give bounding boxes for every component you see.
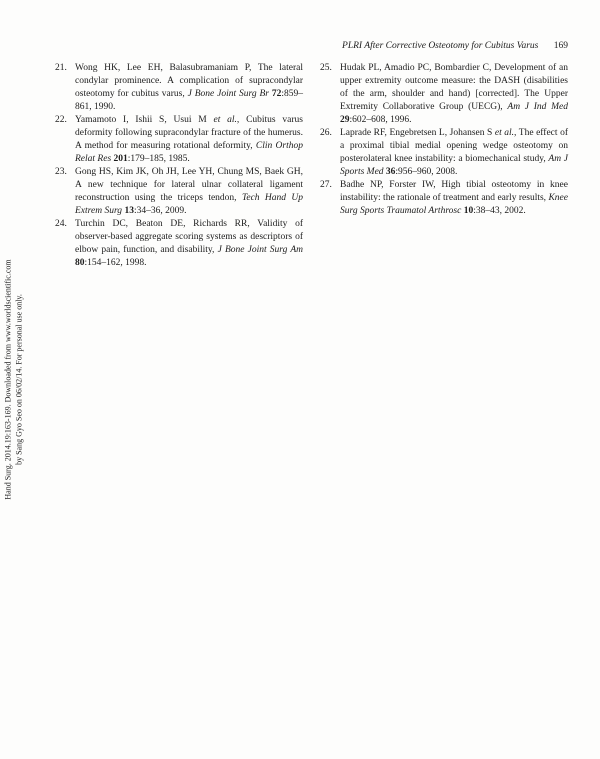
reference-text-segment: :179–185, 1985. — [128, 154, 190, 164]
reference-text-segment: 10 — [464, 206, 474, 216]
reference-number: 22. — [55, 114, 67, 127]
reference-text-segment: J Bone Joint Surg Am — [218, 245, 303, 255]
reference-number: 26. — [320, 127, 332, 140]
running-head-title: PLRI After Corrective Osteotomy for Cubi… — [342, 41, 538, 51]
reference-number: 25. — [320, 62, 332, 75]
reference-item: 26.Laprade RF, Engebretsen L, Johansen S… — [320, 127, 568, 179]
page-number: 169 — [554, 41, 568, 51]
reference-text-segment: Laprade RF, Engebretsen L, Johansen S — [340, 128, 495, 138]
reference-item: 23.Gong HS, Kim JK, Oh JH, Lee YH, Chung… — [55, 166, 303, 218]
reference-text-segment: :154–162, 1998. — [85, 258, 147, 268]
reference-text-segment: 80 — [75, 258, 85, 268]
reference-text-segment: 72 — [272, 89, 282, 99]
download-notice-line2: by Sang Gyo Seo on 06/02/14. For persona… — [14, 251, 25, 509]
reference-number: 27. — [320, 179, 332, 192]
reference-item: 27.Badhe NP, Forster IW, High tibial ost… — [320, 179, 568, 218]
reference-item: 24.Turchin DC, Beaton DE, Richards RR, V… — [55, 218, 303, 270]
download-notice-vertical: Hand Surg. 2014.19:163-169. Downloaded f… — [4, 251, 25, 509]
reference-item: 21.Wong HK, Lee EH, Balasubramaniam P, T… — [55, 62, 303, 114]
reference-number: 24. — [55, 218, 67, 231]
reference-number: 23. — [55, 166, 67, 179]
reference-item: 25.Hudak PL, Amadio PC, Bombardier C, De… — [320, 62, 568, 127]
references-right-column: 25.Hudak PL, Amadio PC, Bombardier C, De… — [320, 62, 568, 270]
reference-text-segment: 201 — [114, 154, 128, 164]
reference-text-segment: :956–960, 2008. — [395, 167, 457, 177]
reference-text-segment: J Bone Joint Surg Br — [188, 89, 269, 99]
journal-scan-page: PLRI After Corrective Osteotomy for Cubi… — [0, 0, 600, 759]
reference-text-segment: Am J Ind Med — [507, 102, 568, 112]
reference-text-segment: Yamamoto I, Ishii S, Usui M — [75, 115, 213, 125]
reference-text-segment: 36 — [386, 167, 396, 177]
reference-text-segment: Badhe NP, Forster IW, High tibial osteot… — [340, 180, 568, 203]
reference-text-segment: 29 — [340, 115, 350, 125]
running-head: PLRI After Corrective Osteotomy for Cubi… — [0, 40, 568, 52]
references-left-column: 21.Wong HK, Lee EH, Balasubramaniam P, T… — [55, 62, 303, 270]
reference-columns: 21.Wong HK, Lee EH, Balasubramaniam P, T… — [55, 62, 568, 270]
reference-number: 21. — [55, 62, 67, 75]
download-notice-line1: Hand Surg. 2014.19:163-169. Downloaded f… — [4, 251, 15, 509]
reference-text-segment: :602–608, 1996. — [350, 115, 412, 125]
reference-item: 22.Yamamoto I, Ishii S, Usui M et al., C… — [55, 114, 303, 166]
reference-text-segment: :38–43, 2002. — [473, 206, 526, 216]
reference-text-segment: :34–36, 2009. — [134, 206, 187, 216]
reference-text-segment: et al. — [213, 115, 236, 125]
reference-text-segment: 13 — [124, 206, 134, 216]
reference-text-segment: et al. — [495, 128, 514, 138]
